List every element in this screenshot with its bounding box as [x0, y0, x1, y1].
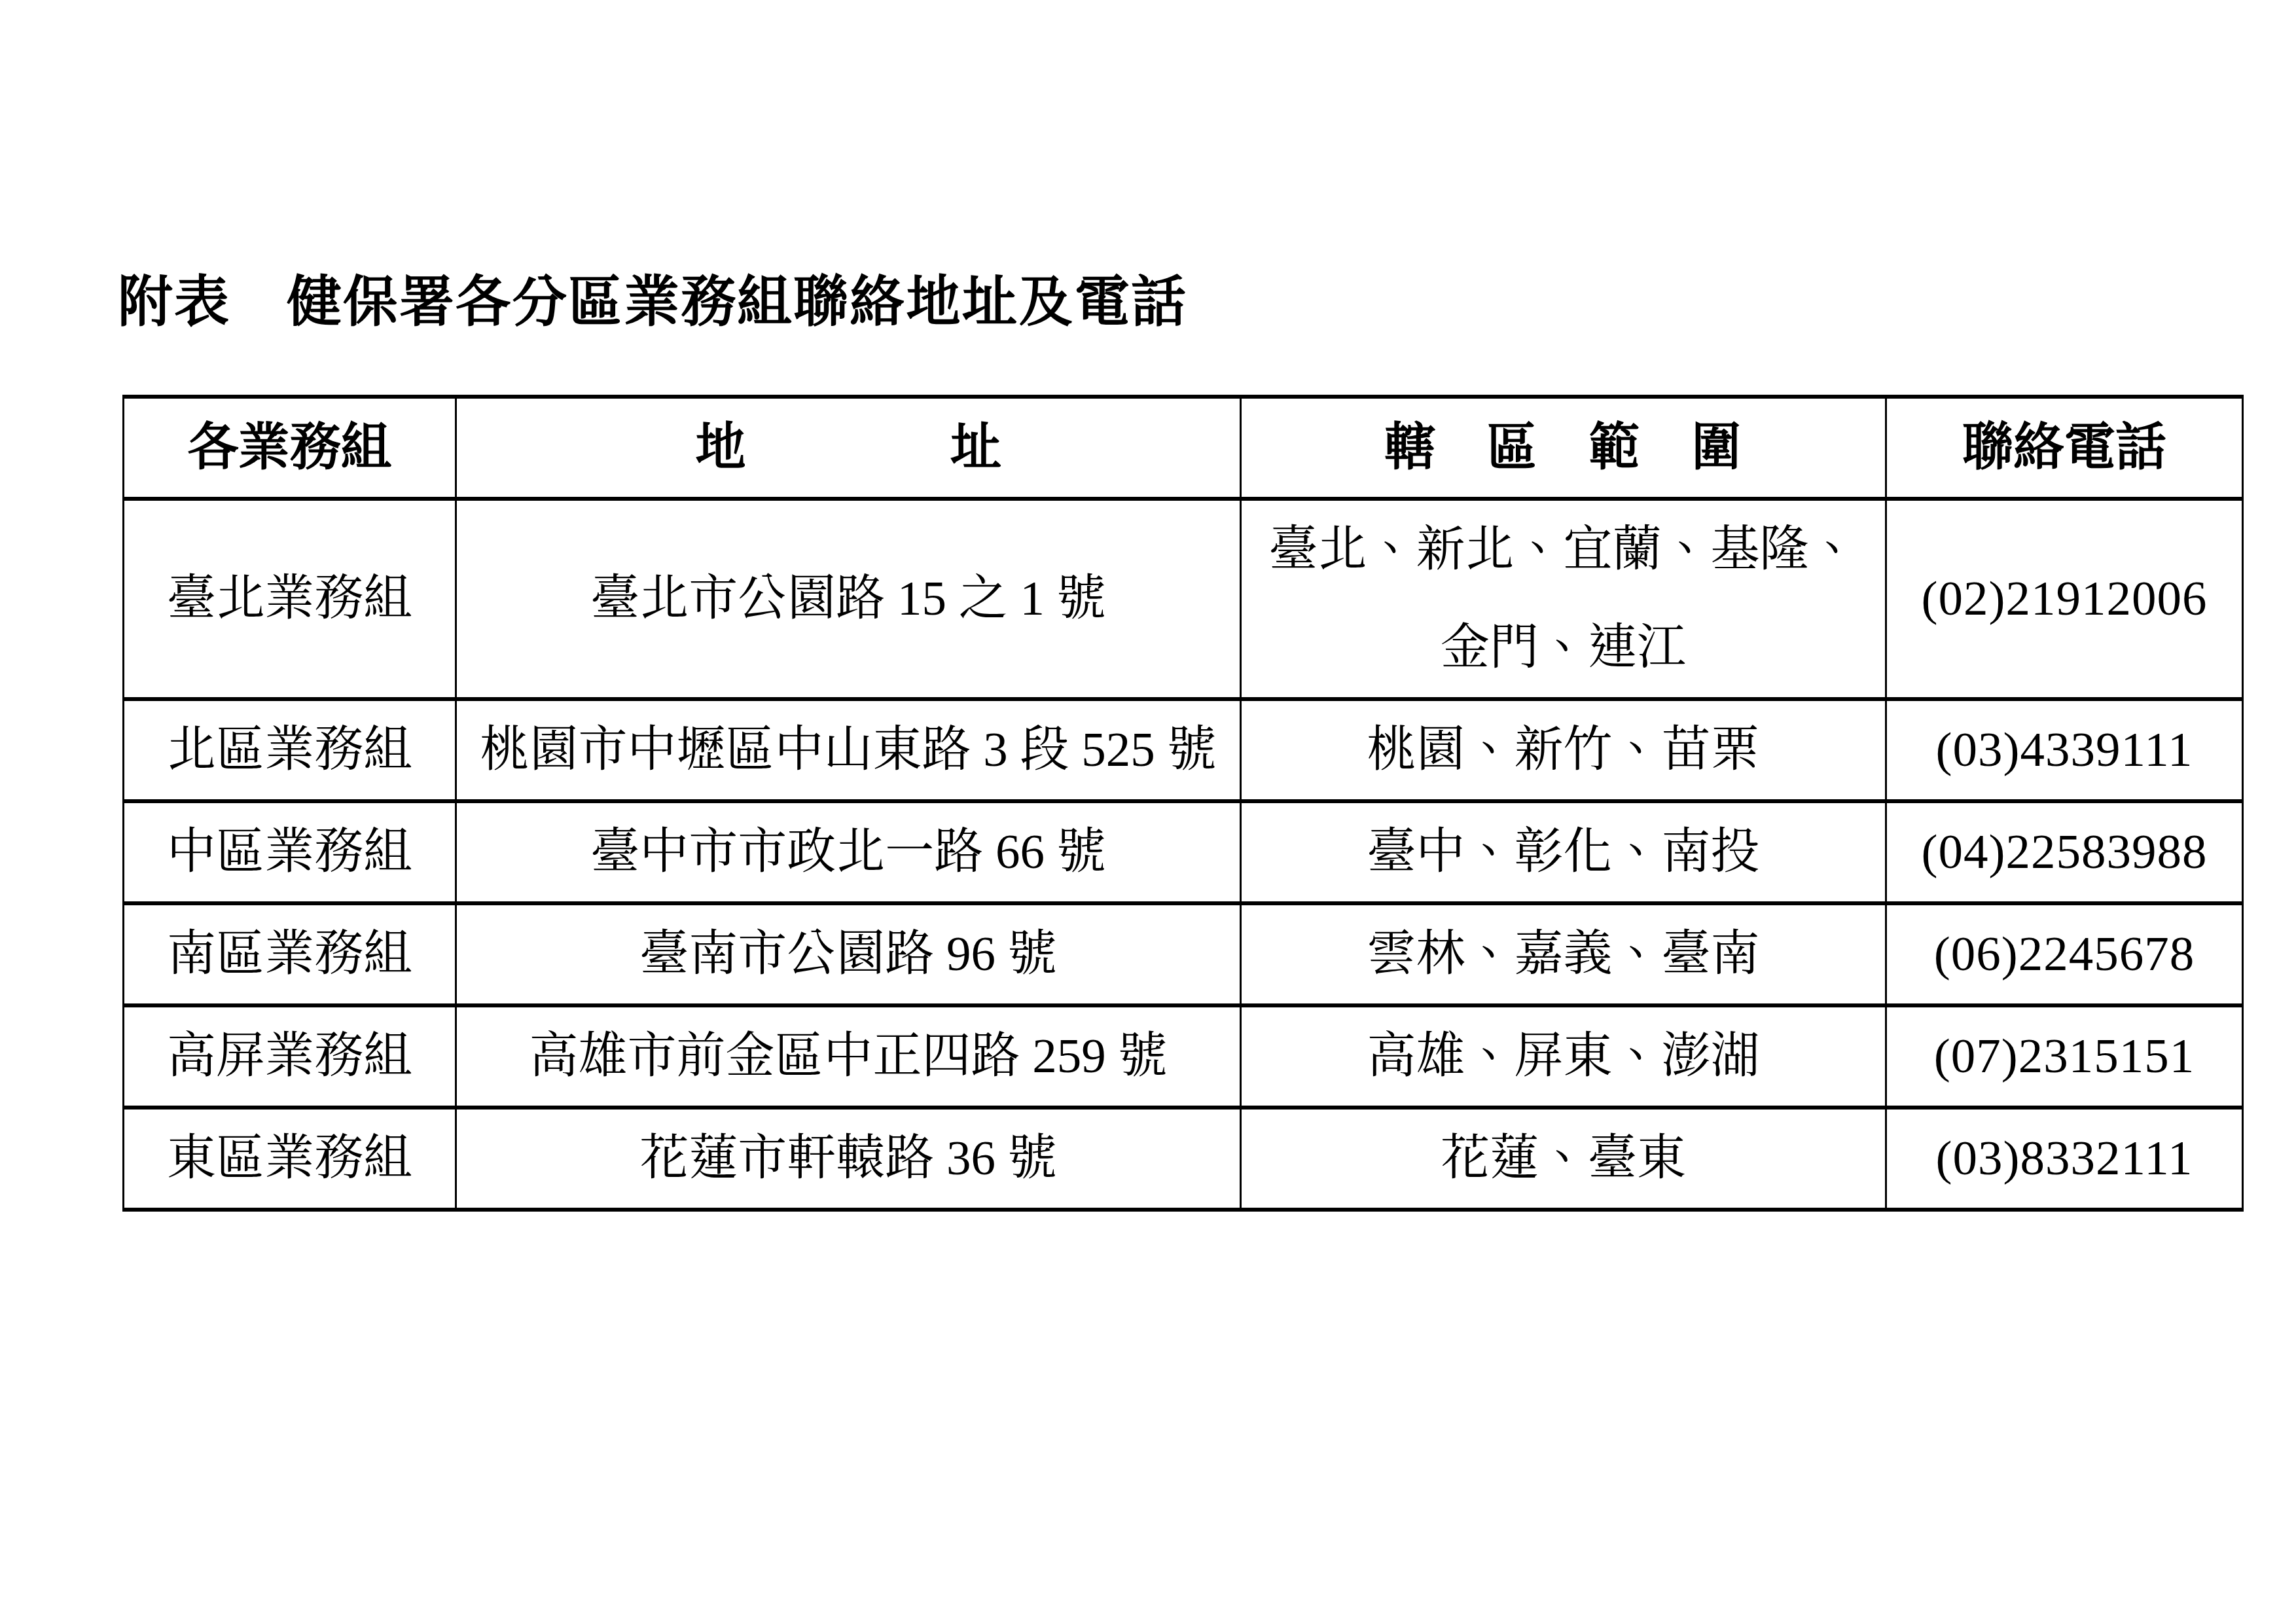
table-row: 東區業務組 花蓮市軒轅路 36 號 花蓮、臺東 (03)8332111	[124, 1108, 2243, 1210]
group-cell: 南區業務組	[124, 903, 456, 1005]
jurisdiction-line-2: 金門、連江	[1441, 621, 1686, 675]
group-cell: 臺北業務組	[124, 499, 456, 699]
address-cell: 臺北市公園路 15 之 1 號	[456, 499, 1241, 699]
address-cell: 桃園市中壢區中山東路 3 段 525 號	[456, 699, 1241, 801]
group-cell: 東區業務組	[124, 1108, 456, 1210]
jurisdiction-cell: 高雄、屏東、澎湖	[1241, 1005, 1886, 1108]
address-cell: 花蓮市軒轅路 36 號	[456, 1108, 1241, 1210]
group-cell: 高屏業務組	[124, 1005, 456, 1108]
table-row: 北區業務組 桃園市中壢區中山東路 3 段 525 號 桃園、新竹、苗栗 (03)…	[124, 699, 2243, 801]
header-address: 地 址	[456, 397, 1241, 499]
phone-cell: (02)21912006	[1886, 499, 2243, 699]
phone-cell: (06)2245678	[1886, 903, 2243, 1005]
jurisdiction-line-1: 臺北、新北、宜蘭、基隆、	[1268, 522, 1857, 577]
address-cell: 高雄市前金區中正四路 259 號	[456, 1005, 1241, 1108]
jurisdiction-cell: 花蓮、臺東	[1241, 1108, 1886, 1210]
phone-cell: (03)8332111	[1886, 1108, 2243, 1210]
phone-cell: (03)4339111	[1886, 699, 2243, 801]
group-cell: 北區業務組	[124, 699, 456, 801]
phone-cell: (04)22583988	[1886, 801, 2243, 903]
page-title: 附表 健保署各分區業務組聯絡地址及電話	[118, 267, 1187, 339]
jurisdiction-cell: 臺北、新北、宜蘭、基隆、金門、連江	[1241, 499, 1886, 699]
table-row: 中區業務組 臺中市市政北一路 66 號 臺中、彰化、南投 (04)2258398…	[124, 801, 2243, 903]
contact-table: 各業務組 地 址 轄 區 範 圍 聯絡電話 臺北業務組 臺北市公園路 15 之 …	[122, 395, 2244, 1212]
table-row: 南區業務組 臺南市公園路 96 號 雲林、嘉義、臺南 (06)2245678	[124, 903, 2243, 1005]
phone-cell: (07)2315151	[1886, 1005, 2243, 1108]
table-row: 高屏業務組 高雄市前金區中正四路 259 號 高雄、屏東、澎湖 (07)2315…	[124, 1005, 2243, 1108]
address-cell: 臺中市市政北一路 66 號	[456, 801, 1241, 903]
group-cell: 中區業務組	[124, 801, 456, 903]
address-cell: 臺南市公園路 96 號	[456, 903, 1241, 1005]
header-phone: 聯絡電話	[1886, 397, 2243, 499]
jurisdiction-cell: 雲林、嘉義、臺南	[1241, 903, 1886, 1005]
table-header-row: 各業務組 地 址 轄 區 範 圍 聯絡電話	[124, 397, 2243, 499]
table-row: 臺北業務組 臺北市公園路 15 之 1 號 臺北、新北、宜蘭、基隆、金門、連江 …	[124, 499, 2243, 699]
header-group: 各業務組	[124, 397, 456, 499]
header-jurisdiction: 轄 區 範 圍	[1241, 397, 1886, 499]
jurisdiction-cell: 臺中、彰化、南投	[1241, 801, 1886, 903]
jurisdiction-cell: 桃園、新竹、苗栗	[1241, 699, 1886, 801]
